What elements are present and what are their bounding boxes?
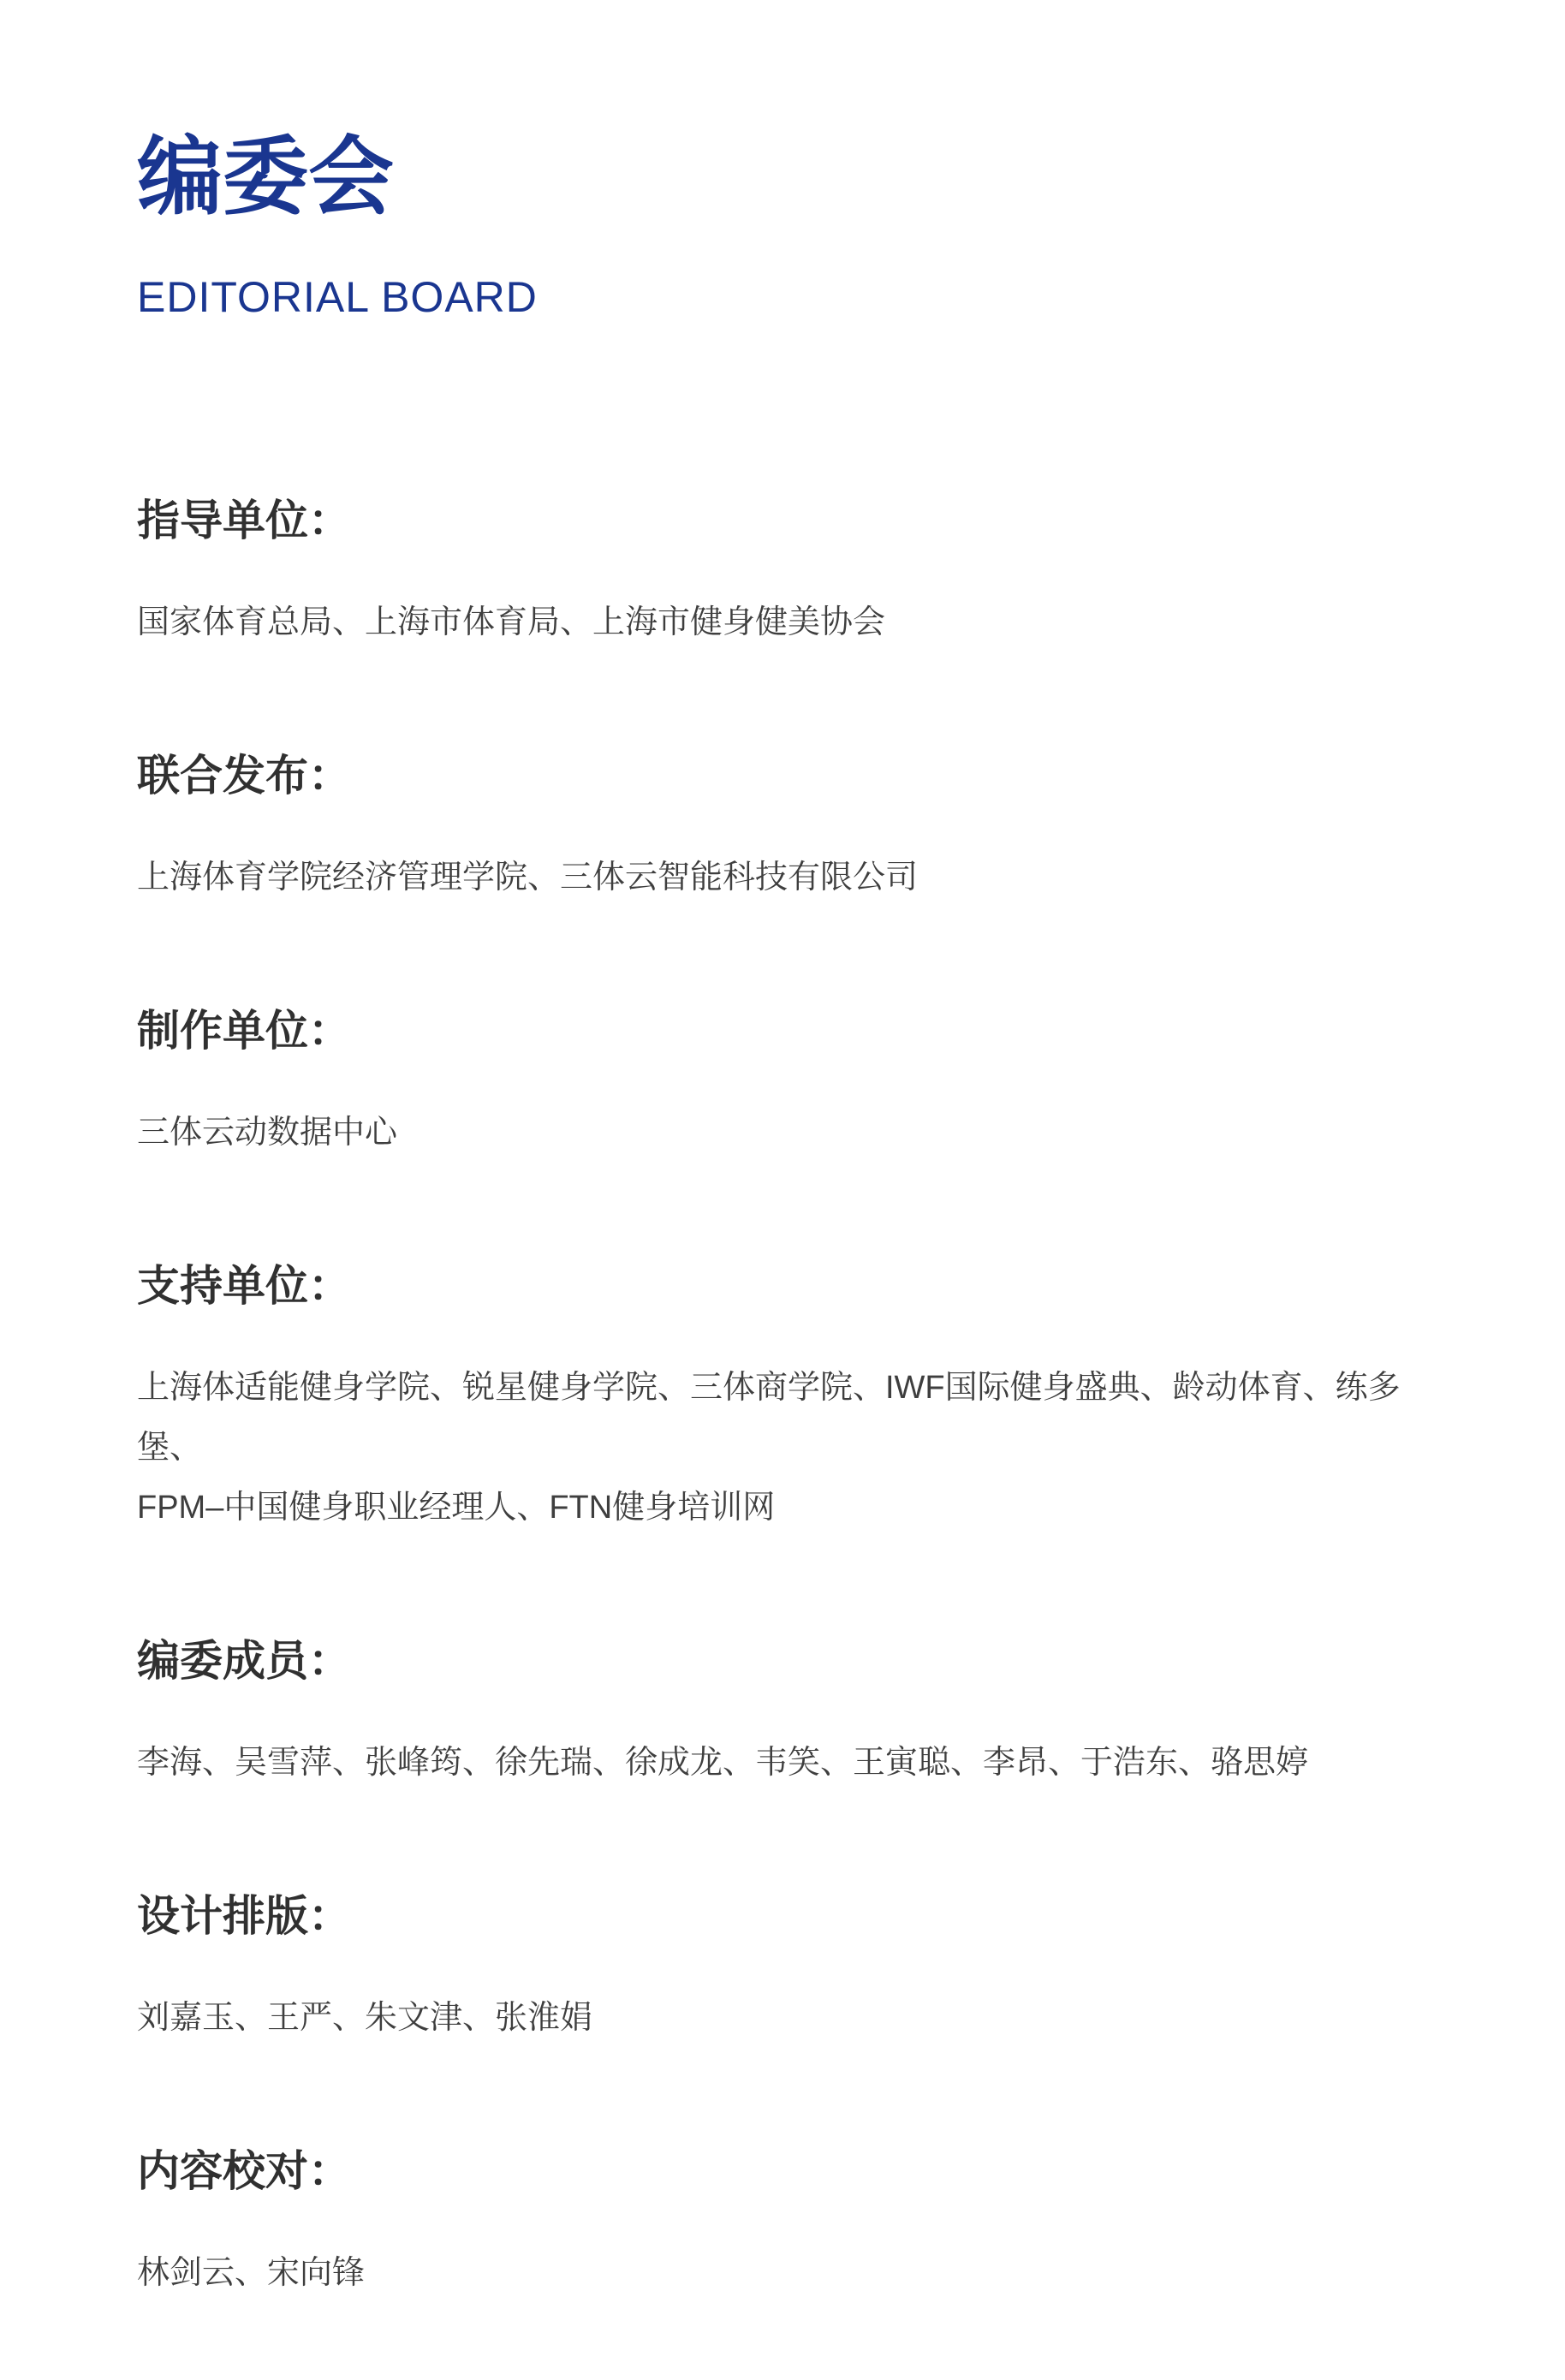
section-heading-design-layout: 设计排版： (137, 1894, 1454, 1938)
section-heading-content-proofreading: 内容校对： (137, 2149, 1454, 2193)
section-guiding-units: 指导单位： 国家体育总局、上海市体育局、上海市健身健美协会 (137, 498, 1454, 652)
section-production-unit: 制作单位： 三体云动数据中心 (137, 1009, 1454, 1163)
section-heading-supporting-units: 支持单位： (137, 1264, 1454, 1308)
section-body-content-proofreading: 林剑云、宋向锋 (137, 2243, 1454, 2303)
section-body-joint-release: 上海体育学院经济管理学院、三体云智能科技有限公司 (137, 848, 1454, 907)
page-subtitle: EDITORIAL BOARD (137, 271, 1454, 323)
section-supporting-units: 支持单位： 上海体适能健身学院、锐星健身学院、三体商学院、IWF国际健身盛典、龄… (137, 1264, 1454, 1538)
section-editorial-members: 编委成员： 李海、吴雪萍、张峰筠、徐先瑞、徐成龙、韦笑、王寅聪、李昂、于浩东、骆… (137, 1639, 1454, 1793)
section-body-production-unit: 三体云动数据中心 (137, 1103, 1454, 1163)
page-title: 编委会 (137, 128, 1454, 227)
section-body-design-layout: 刘嘉玉、王严、朱文津、张淮娟 (137, 1988, 1454, 2048)
section-heading-joint-release: 联合发布： (137, 753, 1454, 798)
section-body-supporting-units: 上海体适能健身学院、锐星健身学院、三体商学院、IWF国际健身盛典、龄动体育、练多… (137, 1358, 1454, 1538)
section-body-guiding-units: 国家体育总局、上海市体育局、上海市健身健美协会 (137, 592, 1454, 652)
section-joint-release: 联合发布： 上海体育学院经济管理学院、三体云智能科技有限公司 (137, 753, 1454, 907)
section-content-proofreading: 内容校对： 林剑云、宋向锋 (137, 2149, 1454, 2303)
section-design-layout: 设计排版： 刘嘉玉、王严、朱文津、张淮娟 (137, 1894, 1454, 2048)
section-heading-guiding-units: 指导单位： (137, 498, 1454, 543)
editorial-board-page: 编委会 EDITORIAL BOARD 指导单位： 国家体育总局、上海市体育局、… (0, 0, 1565, 2380)
section-body-editorial-members: 李海、吴雪萍、张峰筠、徐先瑞、徐成龙、韦笑、王寅聪、李昂、于浩东、骆思婷 (137, 1733, 1454, 1793)
section-heading-production-unit: 制作单位： (137, 1009, 1454, 1053)
section-heading-editorial-members: 编委成员： (137, 1639, 1454, 1683)
sections-list: 指导单位： 国家体育总局、上海市体育局、上海市健身健美协会 联合发布： 上海体育… (137, 498, 1454, 2303)
